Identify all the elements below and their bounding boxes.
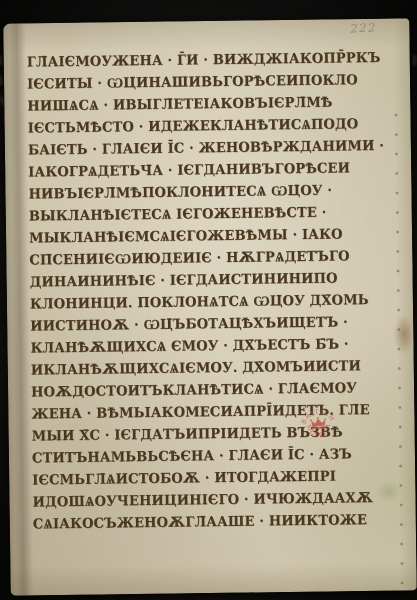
parchment-stain [393, 314, 412, 354]
folio-number: 222 [350, 20, 377, 35]
british-museum-stamp: BRITISH MUSEUM [298, 404, 339, 445]
stamp-graphic: BRITISH MUSEUM [298, 404, 339, 445]
text-block: ГЛ̄АІЄМОУЖЕНА · Г̄И · ВИЖДЖІАКОПР̄РКЪІЄС… [27, 48, 385, 537]
facing-page-ghost-right: Н [411, 52, 417, 112]
crown-icon [310, 416, 327, 429]
manuscript-line: СѦІАКОСЪЖЕНОѪГЛ̄ААШЕ · НИИКТОЖЕ [33, 509, 385, 537]
photo-backdrop: Н Ь Х Н 222 ГЛ̄АІЄМОУЖЕНА · Г̄И · ВИЖДЖІ… [0, 0, 417, 600]
parchment-stain-green [375, 481, 401, 503]
manuscript-page: 222 ГЛ̄АІЄМОУЖЕНА · Г̄И · ВИЖДЖІАКОПР̄РК… [3, 18, 416, 595]
